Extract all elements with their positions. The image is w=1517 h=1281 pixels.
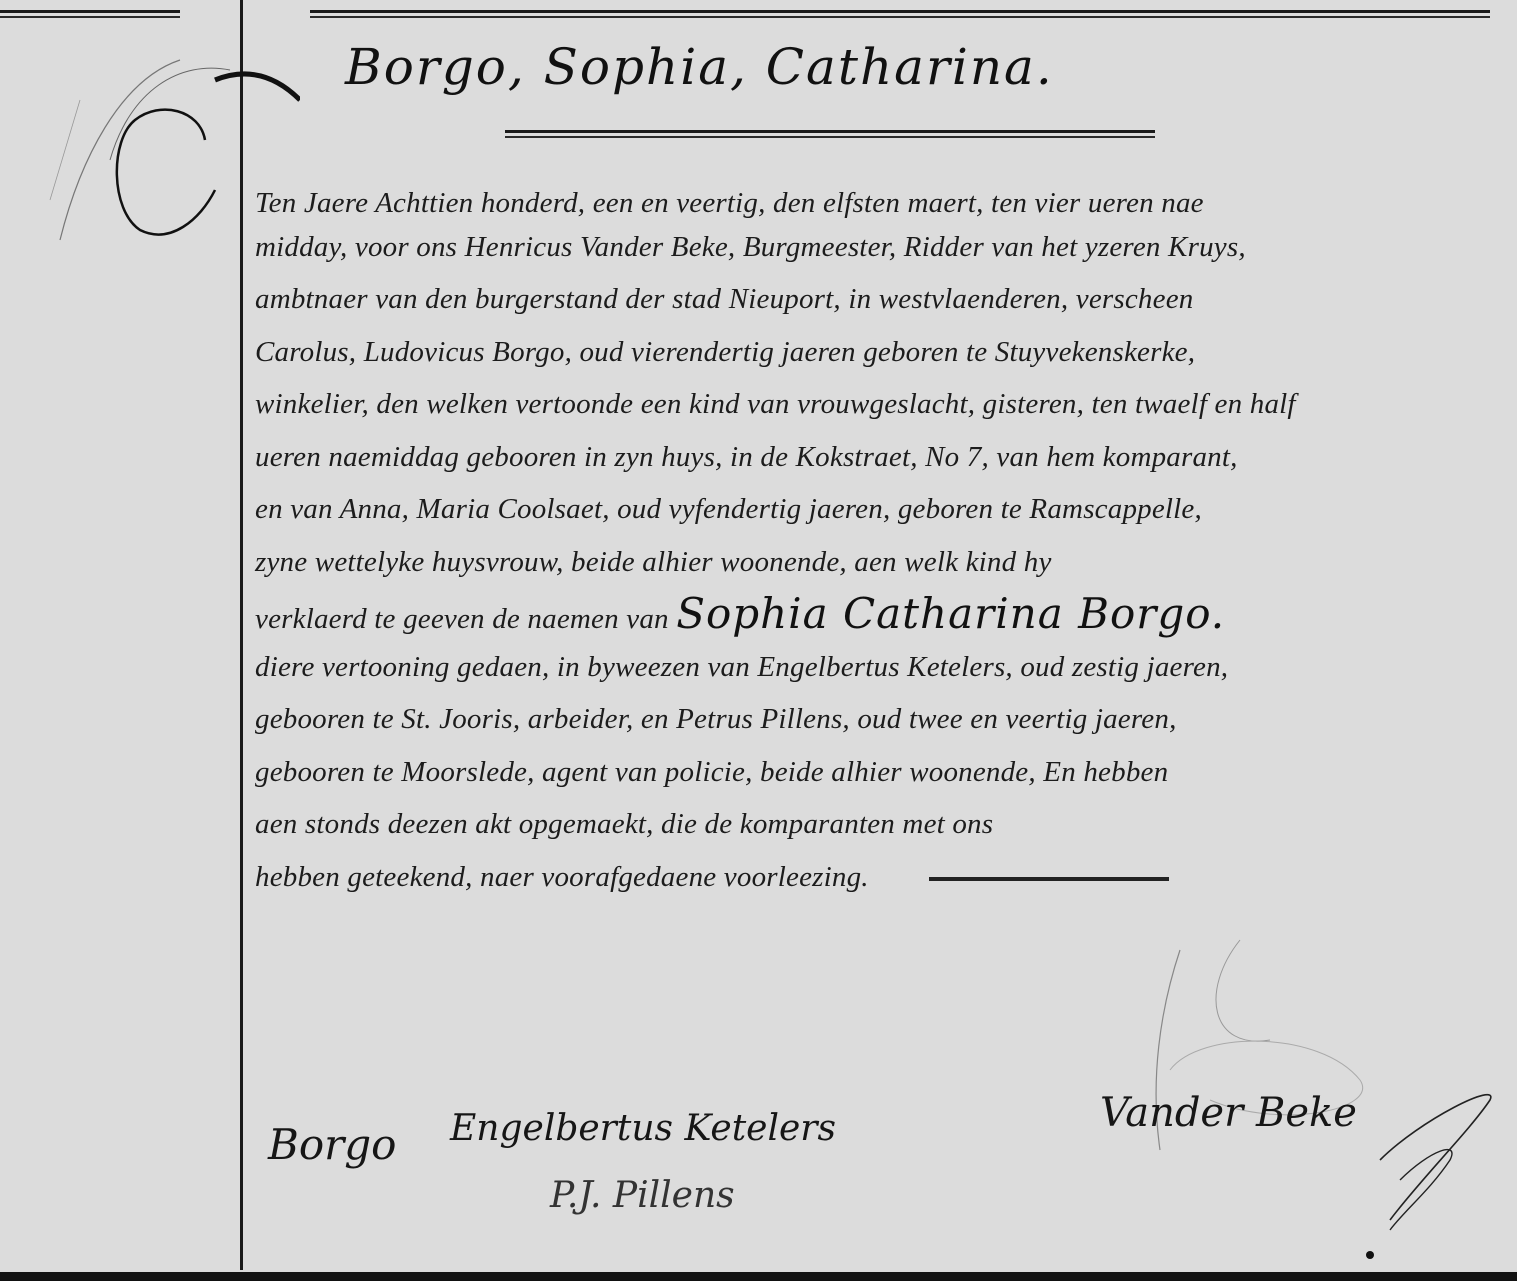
body-line-14: hebben geteekend, naer voorafgedaene voo… <box>255 851 1495 904</box>
body-line-9: verklaerd te geeven de naemen van Sophia… <box>255 588 1495 641</box>
body-line-12: gebooren te Moorslede, agent van policie… <box>255 746 1495 799</box>
body-line-13: aen stonds deezen akt opgemaekt, die de … <box>255 798 1495 851</box>
signature-father: Borgo <box>268 1120 396 1169</box>
signature-witness-2: P.J. Pillens <box>550 1175 735 1216</box>
title-underline <box>505 130 1155 133</box>
body-line-11: gebooren te St. Jooris, arbeider, en Pet… <box>255 693 1495 746</box>
document-page: Borgo, Sophia, Catharina. Ten Jaere Acht… <box>0 0 1517 1270</box>
signature-witness-1: Engelbertus Ketelers <box>450 1108 836 1149</box>
body-line-8: zyne wettelyke huysvrouw, beide alhier w… <box>255 536 1495 589</box>
page-bottom-edge <box>0 1272 1517 1281</box>
body-line-5: winkelier, den welken vertoonde een kind… <box>255 378 1495 431</box>
body-line-4: Carolus, Ludovicus Borgo, oud vierendert… <box>255 326 1495 379</box>
body-line-10: diere vertooning gedaen, in byweezen van… <box>255 641 1495 694</box>
body-line-3: ambtnaer van den burgerstand der stad Ni… <box>255 273 1495 326</box>
top-rule-left <box>0 10 180 13</box>
record-title: Borgo, Sophia, Catharina. <box>345 38 1054 96</box>
signature-mayor: Vander Beke <box>1100 1090 1357 1136</box>
child-name: Sophia Catharina Borgo. <box>676 589 1225 638</box>
closing-stroke <box>929 877 1169 881</box>
body-line-2: midday, voor ons Henricus Vander Beke, B… <box>255 221 1495 274</box>
body-line-7: en van Anna, Maria Coolsaet, oud vyfende… <box>255 483 1495 536</box>
record-body: Ten Jaere Achttien honderd, een en veert… <box>255 168 1495 903</box>
body-line-1: Ten Jaere Achttien honderd, een en veert… <box>255 168 1495 221</box>
top-rule-right <box>310 10 1490 13</box>
body-line-6: ueren naemiddag gebooren in zyn huys, in… <box>255 431 1495 484</box>
